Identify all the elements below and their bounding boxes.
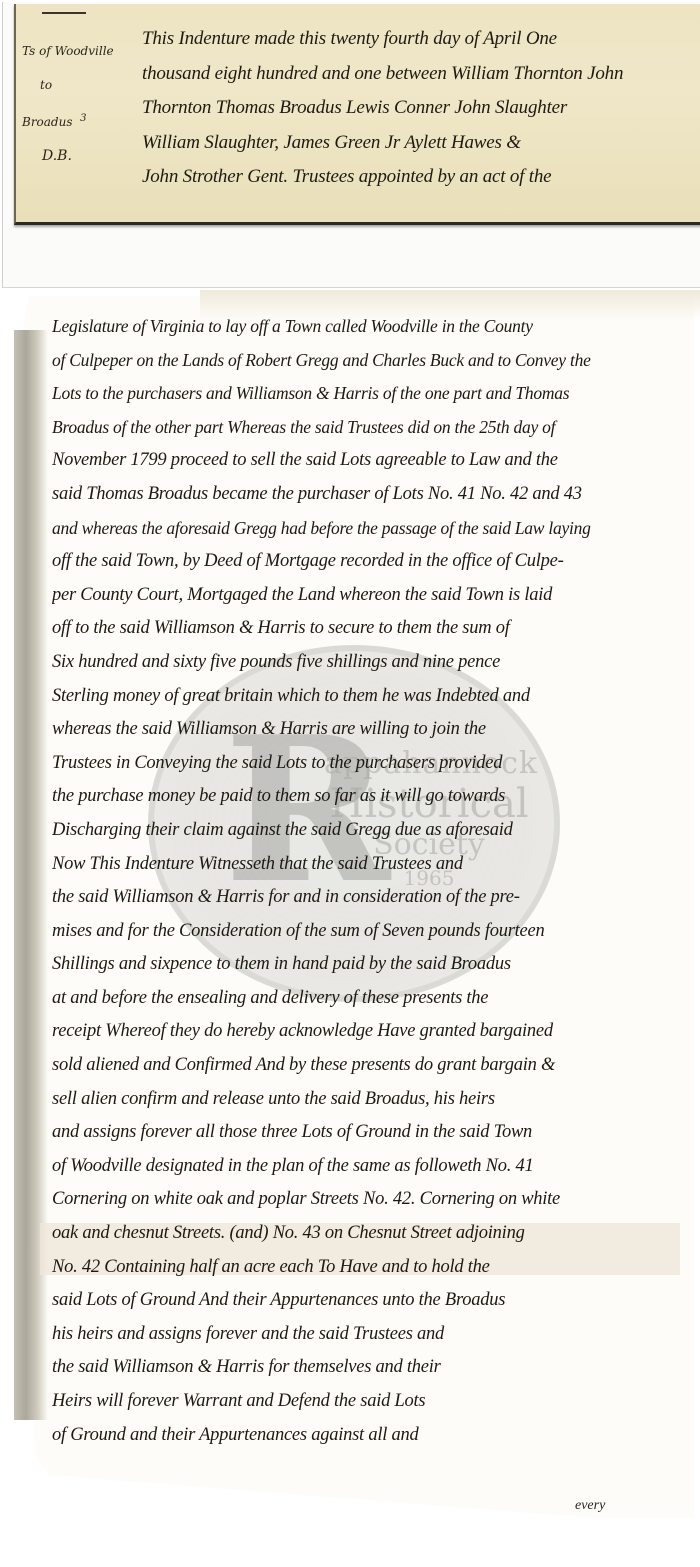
deed-clipping-page-1: Ts of Woodville to Broadus 3 D.B. This I…	[14, 4, 700, 225]
text-line: the purchase money be paid to them so fa…	[52, 780, 692, 814]
text-line: of Woodville designated in the plan of t…	[52, 1150, 692, 1184]
text-line: John Strother Gent. Trustees appointed b…	[142, 160, 698, 195]
text-line: receipt Whereof they do hereby acknowled…	[52, 1015, 692, 1049]
deed-page-2: R appahannock Historical Society 1965 Le…	[0, 290, 700, 1520]
text-line: and assigns forever all those three Lots…	[52, 1116, 692, 1150]
text-line: Lots to the purchasers and Williamson & …	[52, 377, 692, 411]
text-line: and whereas the aforesaid Gregg had befo…	[52, 512, 692, 546]
text-line: Discharging their claim against the said…	[52, 814, 692, 848]
text-line: the said Williamson & Harris for and in …	[52, 881, 692, 915]
text-line: Legislature of Virginia to lay off a Tow…	[52, 310, 692, 344]
text-line: off to the said Williamson & Harris to s…	[52, 612, 692, 646]
text-line: Cornering on white oak and poplar Street…	[52, 1183, 692, 1217]
text-line: Heirs will forever Warrant and Defend th…	[52, 1385, 692, 1419]
text-line: said Thomas Broadus became the purchaser…	[52, 478, 692, 512]
text-line: William Slaughter, James Green Jr Aylett…	[142, 126, 698, 161]
margin-mark: 3	[80, 113, 86, 124]
text-line: his heirs and assigns forever and the sa…	[52, 1318, 692, 1352]
margin-note-line: to	[22, 68, 132, 102]
text-line: of Ground and their Appurtenances agains…	[52, 1419, 692, 1453]
margin-note-line: D.B.	[22, 139, 132, 173]
text-line: sell alien confirm and release unto the …	[52, 1083, 692, 1117]
text-line: whereas the said Williamson & Harris are…	[52, 713, 692, 747]
text-line: off the said Town, by Deed of Mortgage r…	[52, 545, 692, 579]
text-line: Shillings and sixpence to them in hand p…	[52, 948, 692, 982]
text-line: No. 42 Containing half an acre each To H…	[52, 1251, 692, 1285]
margin-note: Ts of Woodville to Broadus 3 D.B.	[22, 34, 132, 173]
margin-note-line: Ts of Woodville	[22, 34, 132, 68]
margin-dash	[42, 12, 86, 14]
text-line: thousand eight hundred and one between W…	[142, 57, 698, 92]
text-line: mises and for the Consideration of the s…	[52, 915, 692, 949]
text-line: November 1799 proceed to sell the said L…	[52, 444, 692, 478]
text-line: Six hundred and sixty five pounds five s…	[52, 646, 692, 680]
text-line: at and before the ensealing and delivery…	[52, 982, 692, 1016]
text-line: Now This Indenture Witnesseth that the s…	[52, 848, 692, 882]
catchword: every	[575, 1498, 605, 1514]
text-line: oak and chesnut Streets. (and) No. 43 on…	[52, 1217, 692, 1251]
text-line: the said Williamson & Harris for themsel…	[52, 1351, 692, 1385]
text-line: of Culpeper on the Lands of Robert Gregg…	[52, 344, 692, 378]
text-line: This Indenture made this twenty fourth d…	[142, 22, 698, 57]
text-line: said Lots of Ground And their Appurtenan…	[52, 1284, 692, 1318]
text-line: Thornton Thomas Broadus Lewis Conner Joh…	[142, 91, 698, 126]
clipping-text: This Indenture made this twenty fourth d…	[142, 22, 698, 195]
text-line: per County Court, Mortgaged the Land whe…	[52, 579, 692, 613]
text-line: Sterling money of great britain which to…	[52, 680, 692, 714]
text-line: sold aliened and Confirmed And by these …	[52, 1049, 692, 1083]
text-line: Trustees in Conveying the said Lots to t…	[52, 747, 692, 781]
page-2-text: Legislature of Virginia to lay off a Tow…	[52, 310, 692, 1452]
text-line: Broadus of the other part Whereas the sa…	[52, 411, 692, 445]
margin-note-line: Broadus 3	[22, 102, 132, 139]
